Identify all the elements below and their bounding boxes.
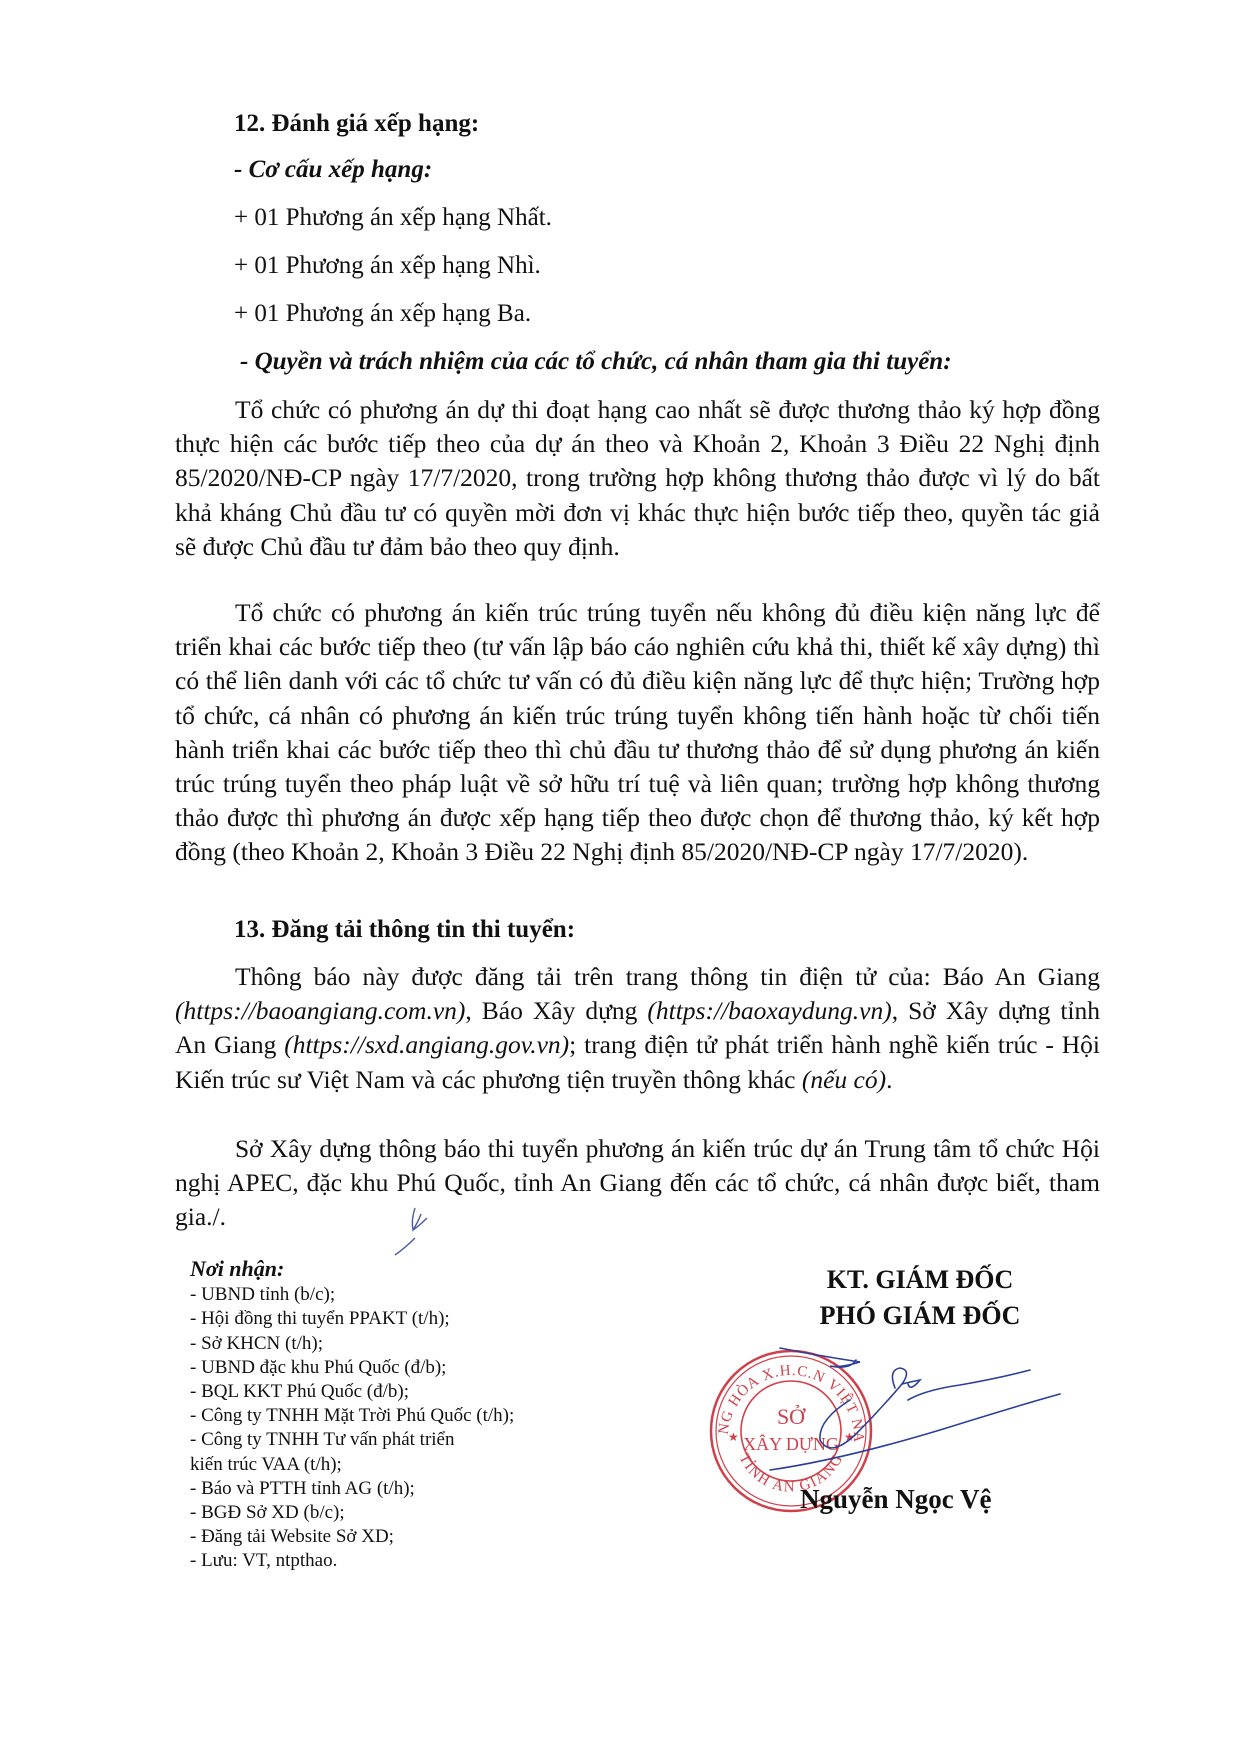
initial-mark-icon — [385, 1200, 445, 1260]
closing-paragraph: Sở Xây dựng thông báo thi tuyển phương á… — [175, 1132, 1100, 1235]
publish-paragraph: Thông báo này được đăng tải trên trang t… — [175, 960, 1100, 1097]
recipient-item: - Công ty TNHH Mặt Trời Phú Quốc (t/h); — [190, 1404, 514, 1428]
signature-title-line2: PHÓ GIÁM ĐỐC — [790, 1298, 1050, 1334]
rights-paragraph-2: Tổ chức có phương án kiến trúc trúng tuy… — [175, 596, 1100, 870]
signature-title-line1: KT. GIÁM ĐỐC — [790, 1262, 1050, 1298]
recipient-item: - Lưu: VT, ntpthao. — [190, 1549, 514, 1573]
recipient-item: - Công ty TNHH Tư vấn phát triển — [190, 1428, 514, 1452]
ranking-item: + 01 Phương án xếp hạng Nhất. — [234, 204, 552, 232]
svg-text:★: ★ — [728, 1430, 739, 1444]
publish-text: , Báo Xây dựng — [465, 996, 647, 1025]
recipient-item: - Đăng tải Website Sở XD; — [190, 1525, 514, 1549]
recipient-item: - UBND tỉnh (b/c); — [190, 1283, 514, 1307]
publish-text: Thông báo này được đăng tải trên trang t… — [235, 962, 1100, 991]
recipients-list: Nơi nhận: - UBND tỉnh (b/c); - Hội đồng … — [190, 1257, 514, 1574]
recipient-item: kiến trúc VAA (t/h); — [190, 1453, 514, 1477]
link-baoxaydung[interactable]: (https://baoxaydung.vn) — [647, 996, 891, 1025]
recipient-item: - Sở KHCN (t/h); — [190, 1332, 514, 1356]
section-12-heading: 12. Đánh giá xếp hạng: — [234, 110, 479, 138]
link-sxd-angiang[interactable]: (https://sxd.angiang.gov.vn) — [284, 1030, 569, 1059]
handwritten-signature-icon — [760, 1340, 1100, 1480]
recipient-item: - BQL KKT Phú Quốc (đ/b); — [190, 1380, 514, 1404]
ranking-item: + 01 Phương án xếp hạng Ba. — [234, 300, 531, 328]
recipient-item: - Hội đồng thi tuyển PPAKT (t/h); — [190, 1307, 514, 1331]
recipients-title: Nơi nhận: — [190, 1257, 514, 1281]
publish-note: (nếu có) — [802, 1065, 886, 1094]
signer-name: Nguyễn Ngọc Vệ — [800, 1484, 992, 1515]
rights-paragraph-1: Tổ chức có phương án dự thi đoạt hạng ca… — [175, 393, 1100, 564]
recipient-item: - Báo và PTTH tỉnh AG (t/h); — [190, 1477, 514, 1501]
recipient-item: - BGĐ Sở XD (b/c); — [190, 1501, 514, 1525]
recipient-item: - UBND đặc khu Phú Quốc (đ/b); — [190, 1356, 514, 1380]
publish-text: . — [886, 1065, 892, 1094]
rights-subheading: - Quyền và trách nhiệm của các tổ chức, … — [240, 348, 952, 376]
ranking-item: + 01 Phương án xếp hạng Nhì. — [234, 252, 541, 280]
document-page: 12. Đánh giá xếp hạng: - Cơ cấu xếp hạng… — [0, 0, 1241, 1755]
signature-title: KT. GIÁM ĐỐC PHÓ GIÁM ĐỐC — [790, 1262, 1050, 1334]
link-baoangiang[interactable]: (https://baoangiang.com.vn) — [175, 996, 465, 1025]
ranking-structure-subheading: - Cơ cấu xếp hạng: — [234, 156, 432, 184]
section-13-heading: 13. Đăng tải thông tin thi tuyển: — [234, 916, 575, 944]
